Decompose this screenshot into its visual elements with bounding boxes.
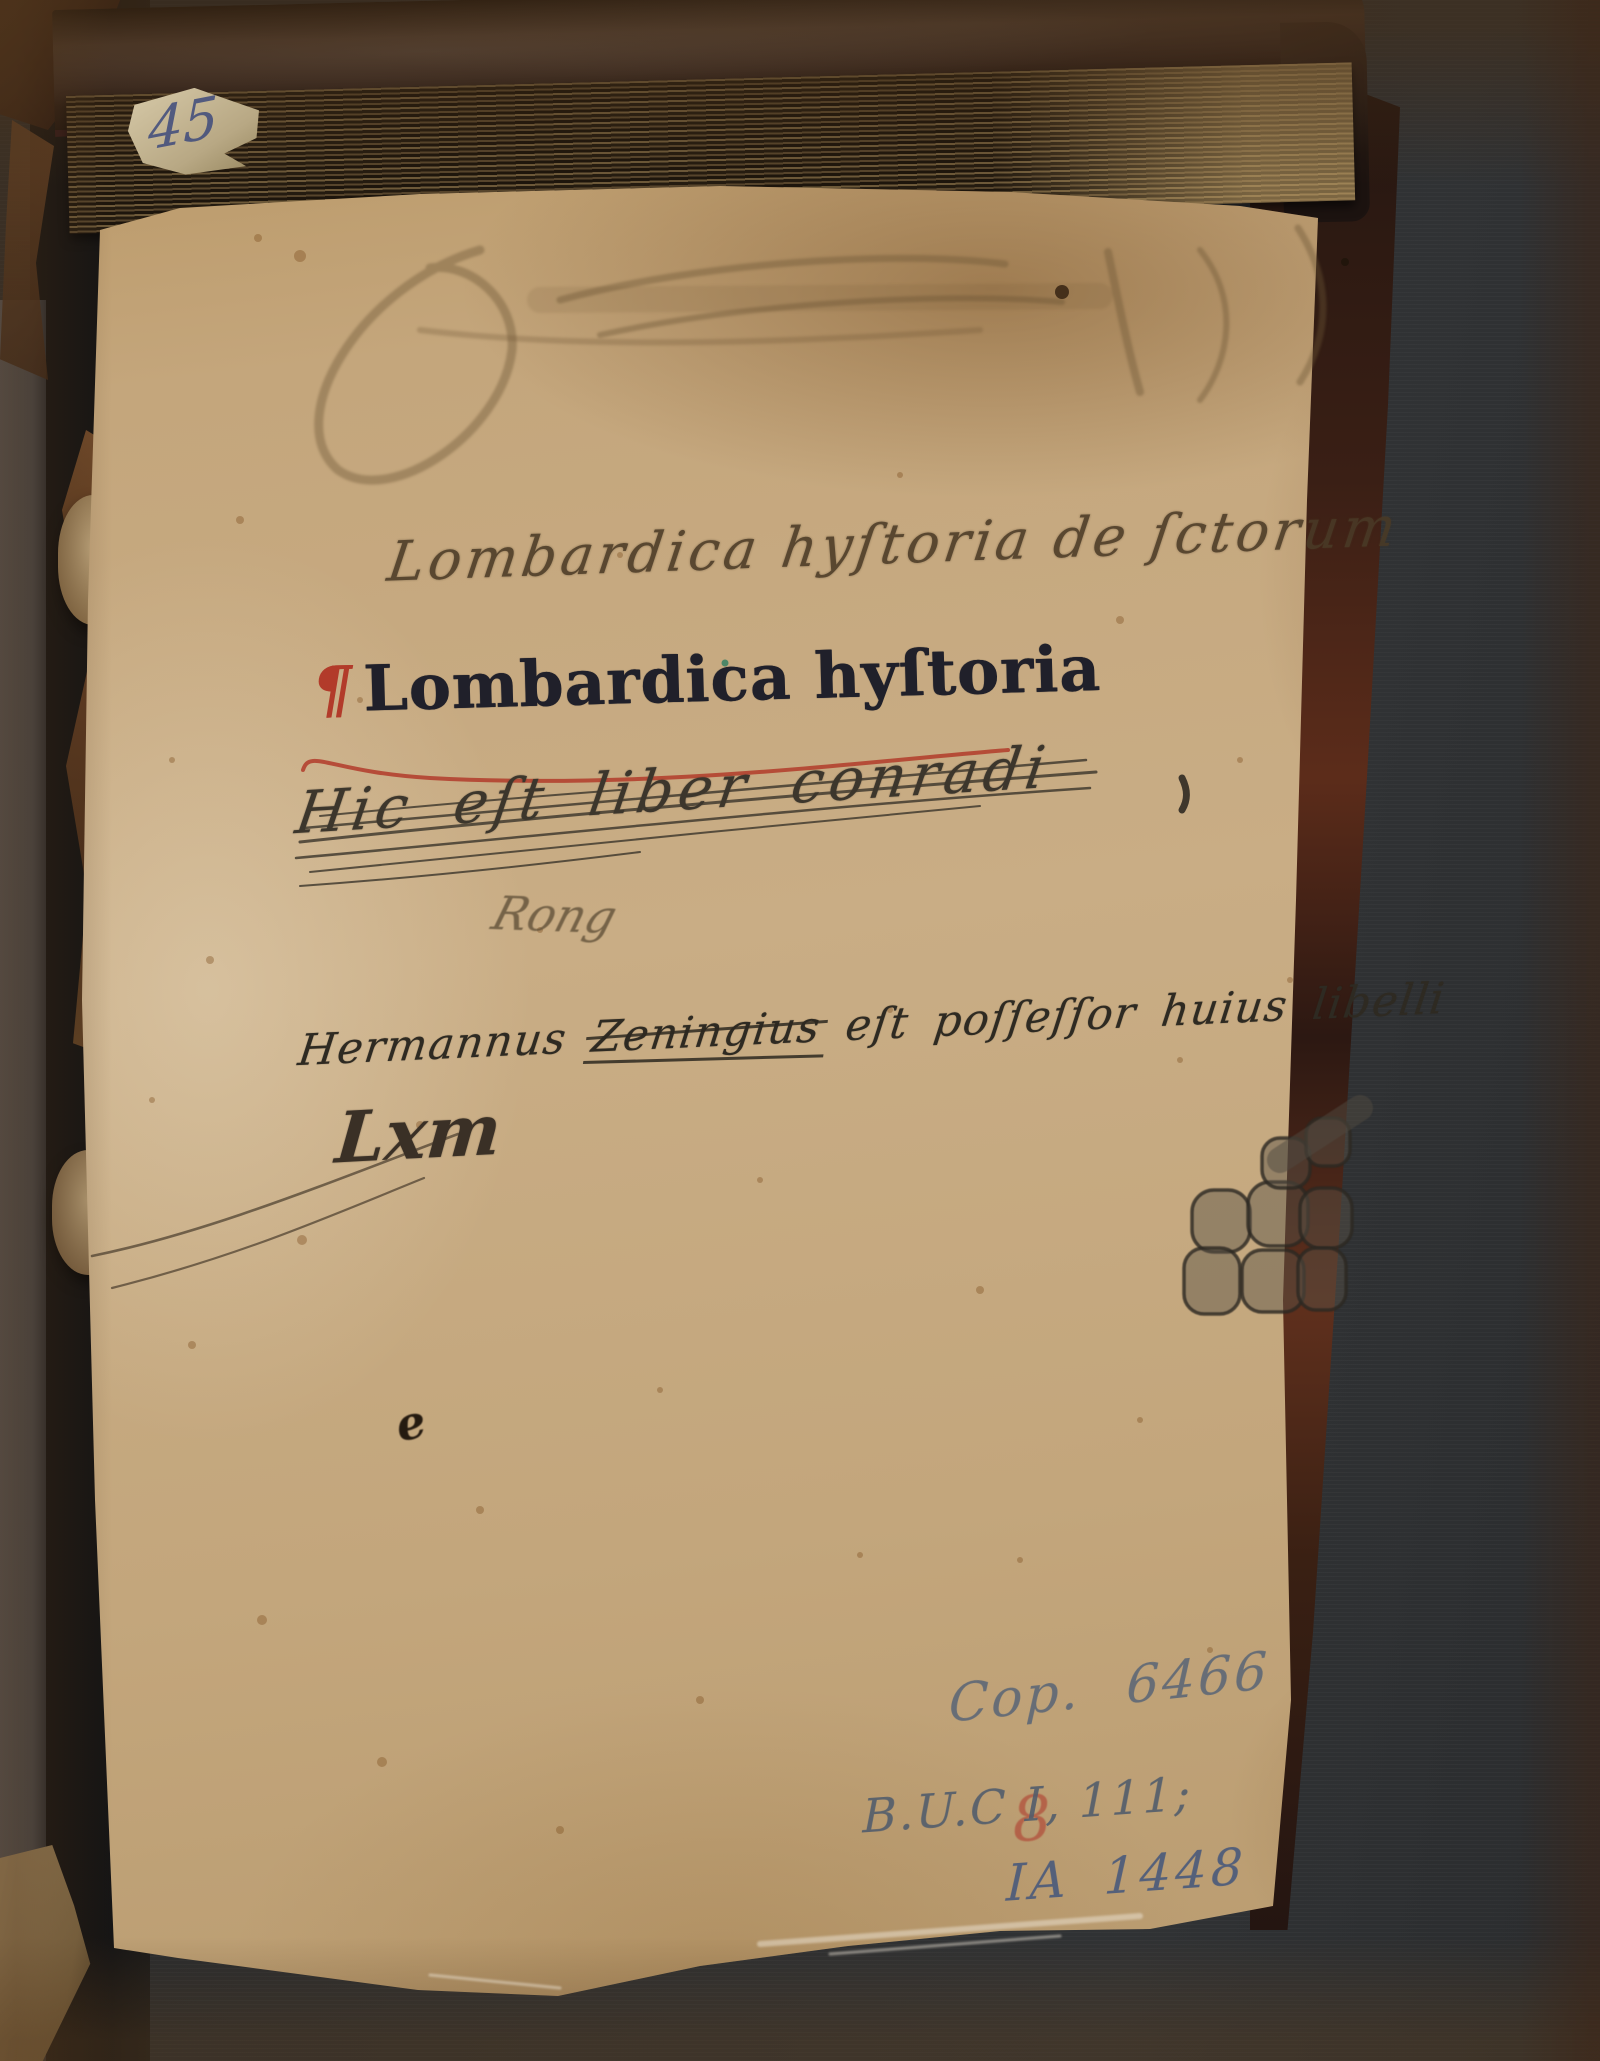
rubricated-pilcrow: ¶ <box>311 652 354 727</box>
backdrop-left-strip <box>0 300 46 2061</box>
photograph-of-incunabulum-flyleaf: 45 Lombardica hyſtoria de ſctorum ¶Lomba… <box>0 0 1600 2061</box>
faded-note: Rong <box>486 886 623 944</box>
monogram: Lxm <box>332 1087 504 1179</box>
possessor-struck-surname: Zeningius <box>589 1002 824 1063</box>
shelf-number: 45 <box>148 89 219 160</box>
